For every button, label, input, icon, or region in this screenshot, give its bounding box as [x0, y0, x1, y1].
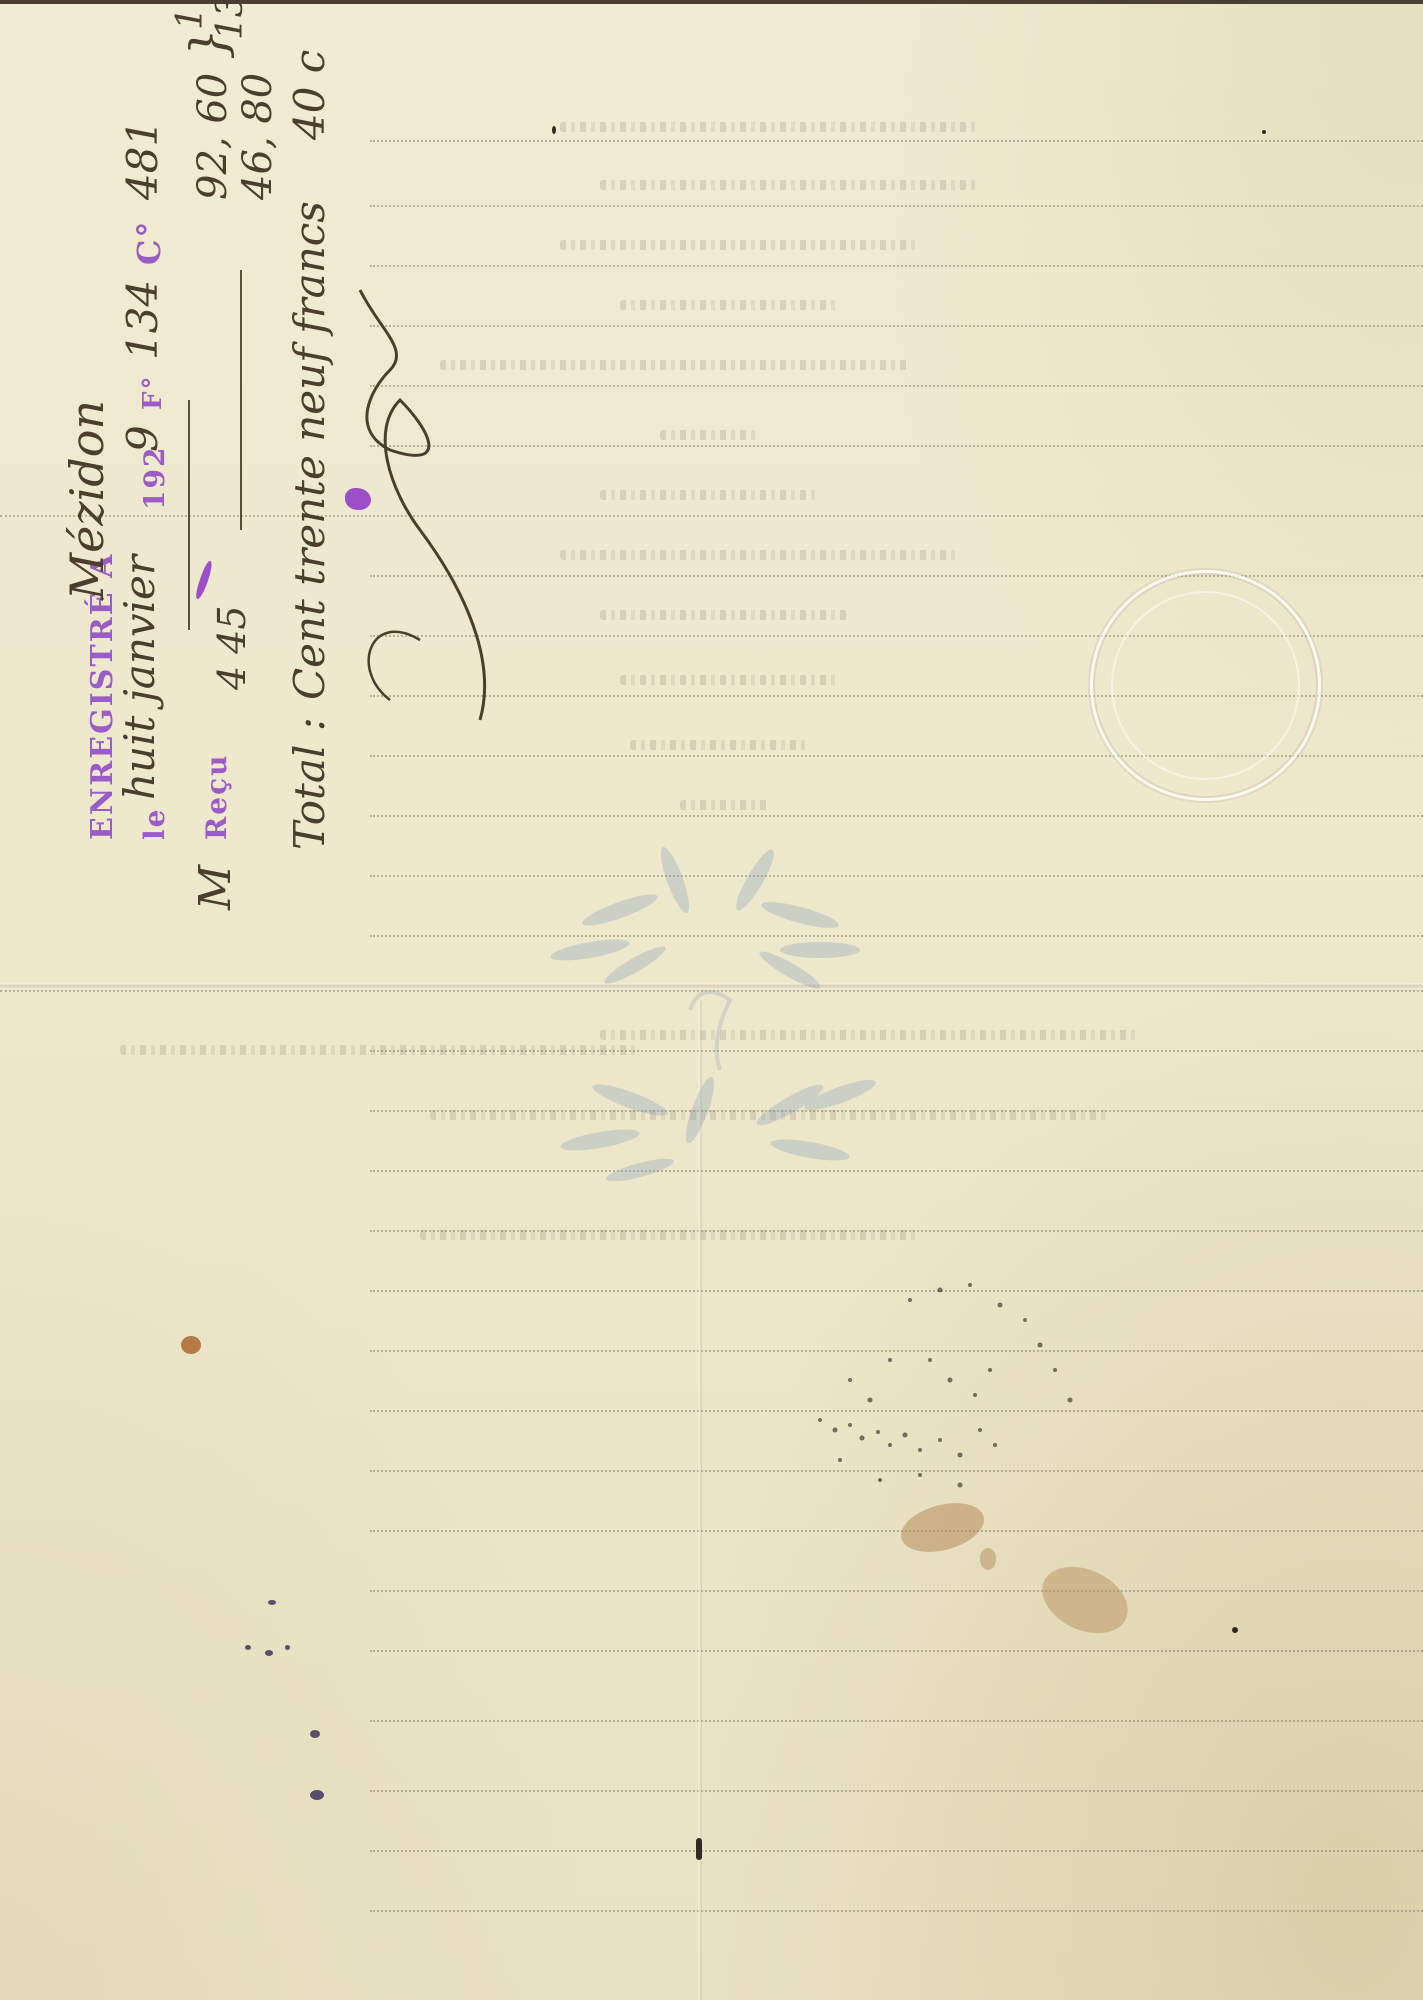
- speckled-stamp-remnant: [790, 1260, 1100, 1520]
- initials: M: [190, 865, 241, 910]
- stamp-le: le: [138, 808, 171, 840]
- fee-1: 92, 60: [190, 73, 236, 200]
- sum-marker: 1: [170, 7, 211, 30]
- laurel-wreath-icon: [500, 840, 920, 1200]
- sum-total: 139, 40: [210, 0, 251, 40]
- stamp-folio: F°: [138, 375, 168, 410]
- stamp-case: C°: [130, 220, 168, 265]
- folio-number: 134: [118, 280, 167, 360]
- total-words: Cent trente neuf francs: [285, 201, 334, 700]
- case-number: 481: [118, 120, 167, 200]
- purple-ink-stroke: [193, 560, 214, 600]
- rust-dot: [181, 1336, 201, 1354]
- stamp-year: 192: [138, 446, 171, 510]
- embossed-seal-icon: [1090, 570, 1321, 801]
- entry-rule: [188, 400, 190, 630]
- document-page: ENREGISTRÉ A Mézidon le huit janvier 192…: [0, 0, 1423, 2000]
- place-name: Mézidon: [60, 400, 114, 600]
- water-stain: [980, 1548, 996, 1570]
- fee-2: 46, 80: [235, 73, 281, 200]
- registration-annotation: ENREGISTRÉ A Mézidon le huit janvier 192…: [30, 30, 510, 930]
- received-amount: 4 45: [210, 605, 254, 690]
- registration-date: huit janvier: [115, 555, 164, 800]
- entry-rule: [240, 270, 242, 530]
- signature: [330, 270, 510, 730]
- total-cents: 40 c: [285, 50, 334, 140]
- stamp-recu: Reçu: [200, 754, 233, 841]
- total-label: Total :: [285, 717, 334, 850]
- year-digit: 9: [118, 425, 167, 452]
